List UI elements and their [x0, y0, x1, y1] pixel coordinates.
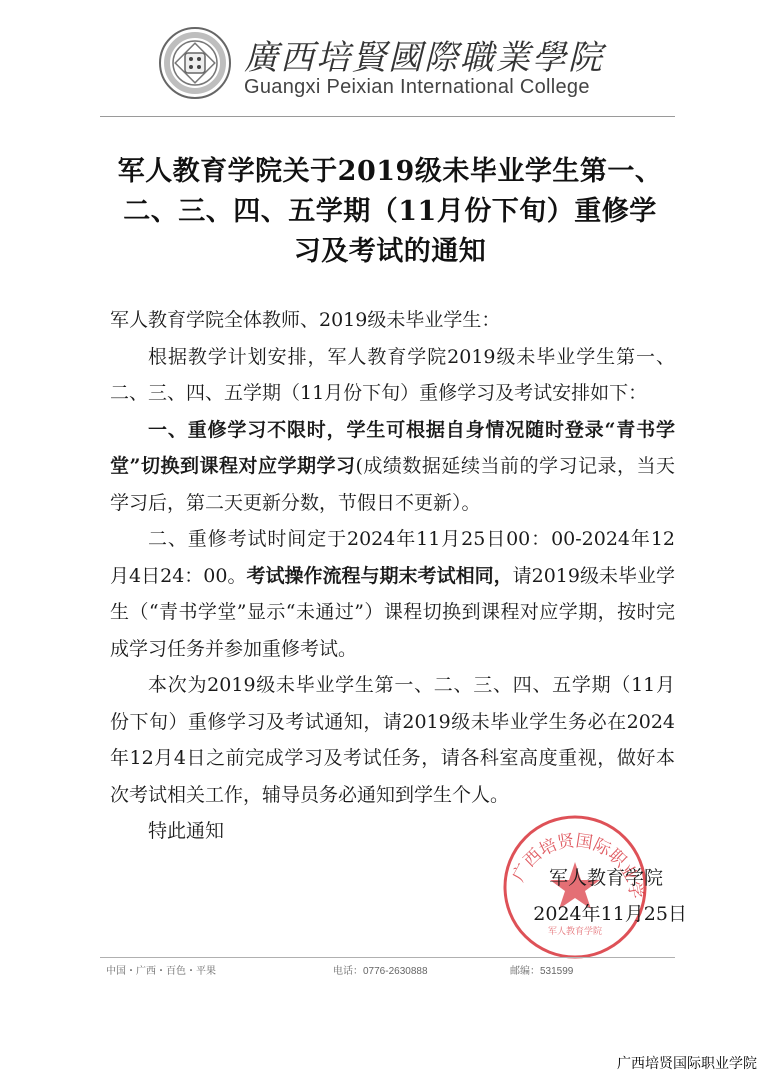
salutation: 军人教育学院全体教师、2019级未毕业学生：	[110, 302, 675, 339]
notice-title: 军人教育学院关于2019级未毕业学生第一、 二、三、四、五学期（11月份下旬）重…	[95, 152, 685, 272]
footer-phone: 电话：0776-2630888	[333, 962, 428, 977]
college-name-english: Guangxi Peixian International College	[244, 76, 590, 99]
header-divider	[100, 116, 675, 117]
signature-org: 军人教育学院	[487, 860, 687, 896]
footer-divider	[100, 957, 675, 958]
notice-body: 军人教育学院全体教师、2019级未毕业学生： 根据教学计划安排，军人教育学院20…	[110, 302, 675, 850]
signature-block: 军人教育学院 2024年11月25日	[487, 860, 687, 932]
item-two-paragraph: 二、重修考试时间定于2024年11月25日00：00-2024年12月4日24：…	[110, 521, 675, 667]
title-line: 二、三、四、五学期（11月份下旬）重修学	[95, 192, 685, 232]
title-line: 军人教育学院关于2019级未毕业学生第一、	[95, 152, 685, 192]
notice-document: 廣西培賢國際職業學院 Guangxi Peixian International…	[0, 0, 763, 1080]
title-line: 习及考试的通知	[95, 232, 685, 272]
item-two-bold: 考试操作流程与期末考试相同，	[247, 565, 513, 587]
footer-postcode: 邮编：531599	[510, 962, 573, 977]
intro-paragraph: 根据教学计划安排，军人教育学院2019级未毕业学生第一、二、三、四、五学期（11…	[110, 339, 675, 412]
letterhead: 廣西培賢國際職業學院 Guangxi Peixian International…	[158, 26, 608, 106]
signature-date: 2024年11月25日	[487, 896, 687, 932]
closing-paragraph: 本次为2019级未毕业学生第一、二、三、四、五学期（11月份下旬）重修学习及考试…	[110, 667, 675, 813]
item-one-paragraph: 一、重修学习不限时，学生可根据自身情况随时登录“青书学堂”切换到课程对应学期学习…	[110, 412, 675, 522]
footer-address: 中国・广西・百色・平果	[106, 962, 216, 977]
college-emblem-icon	[158, 26, 232, 100]
source-watermark: 广西培贤国际职业学院	[617, 1053, 757, 1073]
college-name-chinese: 廣西培賢國際職業學院	[244, 30, 604, 79]
